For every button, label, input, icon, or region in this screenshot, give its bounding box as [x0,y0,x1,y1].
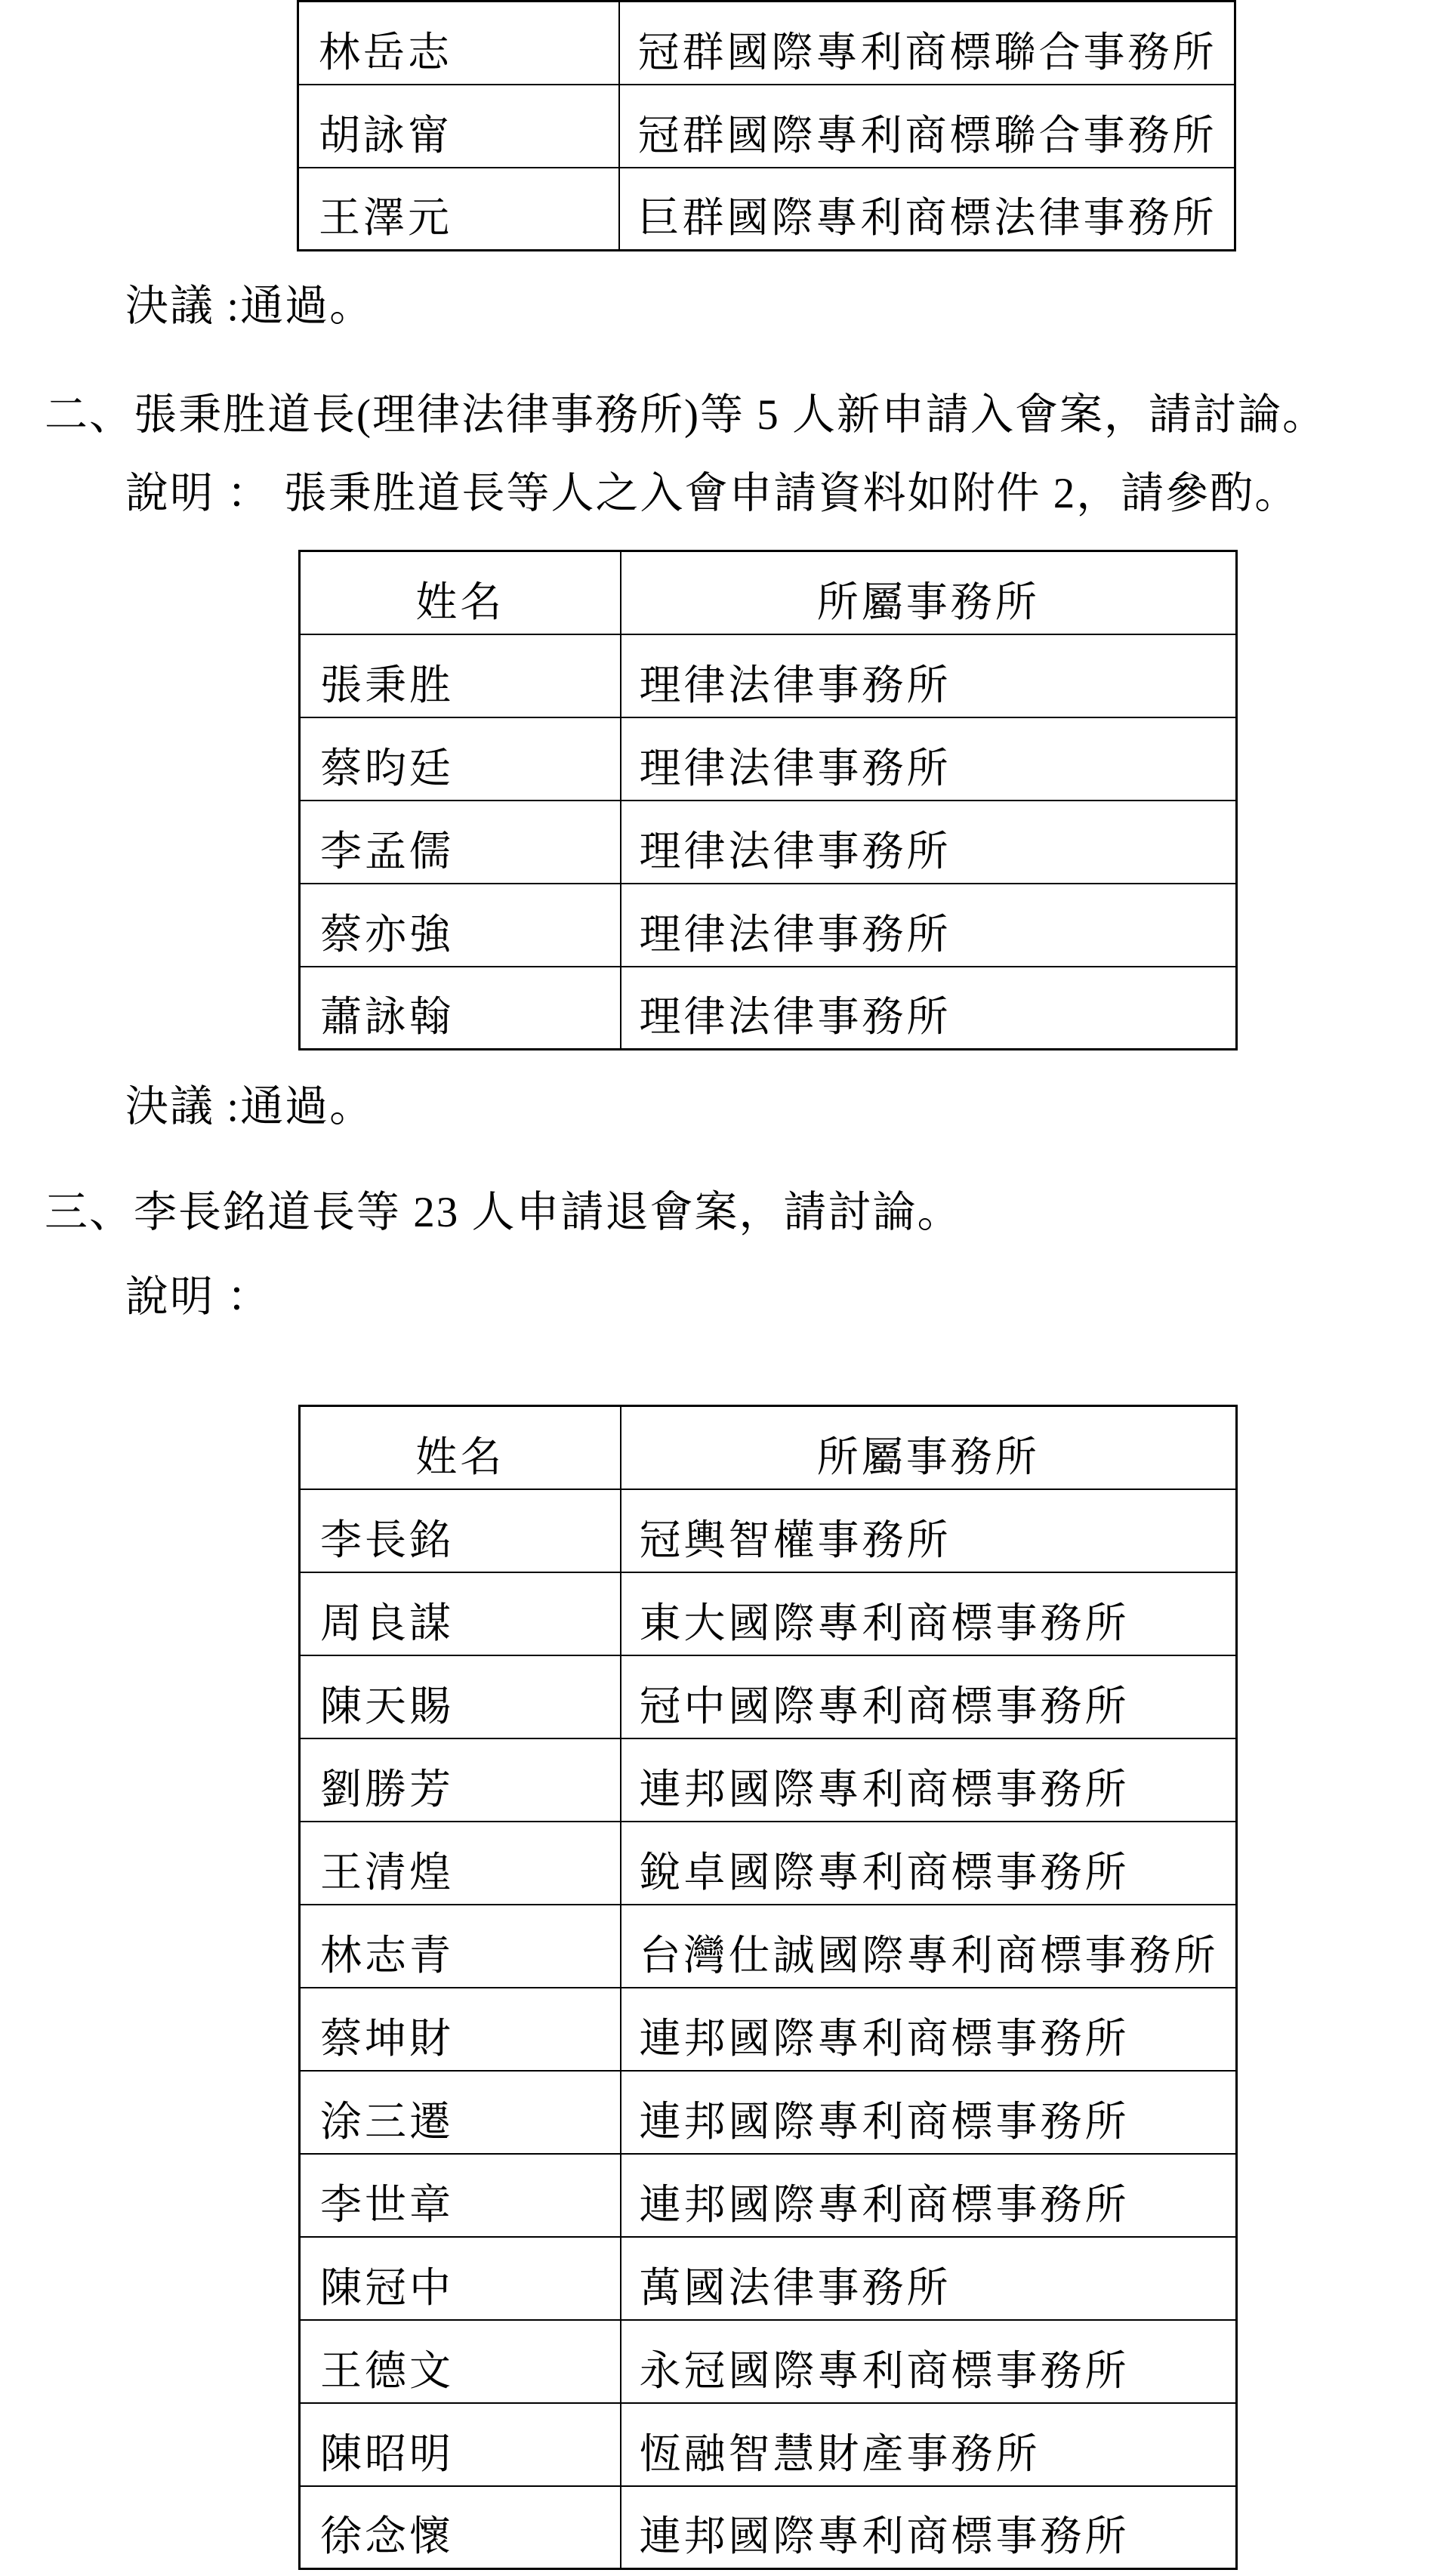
agenda-item-2-description: 說明 ： 張秉胜道長等人之入會申請資料如附件 2，請參酌。 [125,470,1299,518]
name-column-header: 姓名 [300,551,621,634]
withdrawal-table-3-body: 李長銘 冠輿智權事務所 周良謀 東大國際專利商標事務所 陳天賜 冠中國際專利商標… [300,1489,1237,2569]
table-row: 蔡坤財 連邦國際專利商標事務所 [300,1988,1237,2071]
agenda-item-3-text: 李長銘道長等 23 人申請退會案，請討論。 [134,1189,962,1236]
member-name-cell: 林岳志 [298,2,619,85]
member-name-cell: 蔡亦強 [300,884,621,967]
firm-column-header: 所屬事務所 [621,551,1237,634]
agenda-item-2-text: 張秉胜道長(理律法律事務所)等 5 人新申請入會案，請討論。 [134,391,1327,439]
member-name-cell: 陳天賜 [300,1655,621,1738]
member-firm-cell: 連邦國際專利商標事務所 [621,2071,1237,2154]
member-name-cell: 陳冠中 [300,2237,621,2320]
new-applicant-table-2-body: 張秉胜 理律法律事務所 蔡昀廷 理律法律事務所 李孟儒 理律法律事務所 蔡亦強 … [300,634,1237,1050]
table-row: 張秉胜 理律法律事務所 [300,634,1237,717]
member-name-cell: 李世章 [300,2154,621,2237]
member-name-cell: 張秉胜 [300,634,621,717]
new-member-table-1: 林岳志 冠群國際專利商標聯合事務所 胡詠甯 冠群國際專利商標聯合事務所 王澤元 … [297,0,1236,251]
member-firm-cell: 連邦國際專利商標事務所 [621,2486,1237,2569]
table-row: 涂三遷 連邦國際專利商標事務所 [300,2071,1237,2154]
member-name-cell: 周良謀 [300,1572,621,1655]
member-firm-cell: 理律法律事務所 [621,967,1237,1050]
member-name-cell: 李孟儒 [300,801,621,884]
member-firm-cell: 台灣仕誠國際專利商標事務所 [621,1905,1237,1988]
table-row: 王澤元 巨群國際專利商標法律事務所 [298,168,1235,251]
member-name-cell: 李長銘 [300,1489,621,1572]
member-name-cell: 王德文 [300,2320,621,2403]
table-row: 林志青 台灣仕誠國際專利商標事務所 [300,1905,1237,1988]
table-row: 陳冠中 萬國法律事務所 [300,2237,1237,2320]
member-firm-cell: 理律法律事務所 [621,801,1237,884]
withdrawal-table-3-head: 姓名 所屬事務所 [300,1406,1237,1489]
table-header-row: 姓名 所屬事務所 [300,551,1237,634]
resolution-line-2: 決議 :通過。 [125,1083,374,1131]
table-row: 周良謀 東大國際專利商標事務所 [300,1572,1237,1655]
table-row: 李長銘 冠輿智權事務所 [300,1489,1237,1572]
table-row: 胡詠甯 冠群國際專利商標聯合事務所 [298,85,1235,168]
agenda-item-2-title: 二、張秉胜道長(理律法律事務所)等 5 人新申請入會案，請討論。 [45,391,1327,440]
table-row: 蔡昀廷 理律法律事務所 [300,717,1237,801]
member-firm-cell: 巨群國際專利商標法律事務所 [619,168,1235,251]
member-firm-cell: 理律法律事務所 [621,634,1237,717]
table-header-row: 姓名 所屬事務所 [300,1406,1237,1489]
member-name-cell: 蔡坤財 [300,1988,621,2071]
withdrawal-member-table-3: 姓名 所屬事務所 李長銘 冠輿智權事務所 周良謀 東大國際專利商標事務所 陳天賜… [298,1405,1238,2570]
new-applicant-table-2: 姓名 所屬事務所 張秉胜 理律法律事務所 蔡昀廷 理律法律事務所 李孟儒 理律法… [298,550,1238,1050]
meeting-minutes-page: 林岳志 冠群國際專利商標聯合事務所 胡詠甯 冠群國際專利商標聯合事務所 王澤元 … [0,0,1431,2576]
member-name-cell: 劉勝芳 [300,1738,621,1822]
table-row: 陳天賜 冠中國際專利商標事務所 [300,1655,1237,1738]
new-member-table-1-body: 林岳志 冠群國際專利商標聯合事務所 胡詠甯 冠群國際專利商標聯合事務所 王澤元 … [298,2,1235,251]
member-firm-cell: 銳卓國際專利商標事務所 [621,1822,1237,1905]
table-row: 蕭詠翰 理律法律事務所 [300,967,1237,1050]
member-firm-cell: 萬國法律事務所 [621,2237,1237,2320]
member-firm-cell: 理律法律事務所 [621,717,1237,801]
member-firm-cell: 理律法律事務所 [621,884,1237,967]
member-firm-cell: 冠中國際專利商標事務所 [621,1655,1237,1738]
member-name-cell: 王澤元 [298,168,619,251]
member-name-cell: 胡詠甯 [298,85,619,168]
member-firm-cell: 冠輿智權事務所 [621,1489,1237,1572]
member-firm-cell: 連邦國際專利商標事務所 [621,2154,1237,2237]
member-name-cell: 林志青 [300,1905,621,1988]
member-firm-cell: 冠群國際專利商標聯合事務所 [619,85,1235,168]
name-column-header: 姓名 [300,1406,621,1489]
table-row: 徐念懷 連邦國際專利商標事務所 [300,2486,1237,2569]
member-name-cell: 涂三遷 [300,2071,621,2154]
member-firm-cell: 恆融智慧財產事務所 [621,2403,1237,2486]
agenda-item-3-title: 三、李長銘道長等 23 人申請退會案，請討論。 [45,1189,962,1237]
member-name-cell: 蔡昀廷 [300,717,621,801]
table-row: 王德文 永冠國際專利商標事務所 [300,2320,1237,2403]
agenda-item-3-description: 說明 ： [125,1273,271,1322]
member-name-cell: 徐念懷 [300,2486,621,2569]
table-row: 陳昭明 恆融智慧財產事務所 [300,2403,1237,2486]
table-row: 劉勝芳 連邦國際專利商標事務所 [300,1738,1237,1822]
member-name-cell: 蕭詠翰 [300,967,621,1050]
member-firm-cell: 連邦國際專利商標事務所 [621,1988,1237,2071]
member-name-cell: 陳昭明 [300,2403,621,2486]
table-row: 林岳志 冠群國際專利商標聯合事務所 [298,2,1235,85]
member-firm-cell: 冠群國際專利商標聯合事務所 [619,2,1235,85]
new-applicant-table-2-head: 姓名 所屬事務所 [300,551,1237,634]
member-firm-cell: 永冠國際專利商標事務所 [621,2320,1237,2403]
agenda-item-3-number: 三、 [45,1189,134,1236]
member-name-cell: 王清煌 [300,1822,621,1905]
table-row: 李孟儒 理律法律事務所 [300,801,1237,884]
member-firm-cell: 東大國際專利商標事務所 [621,1572,1237,1655]
table-row: 王清煌 銳卓國際專利商標事務所 [300,1822,1237,1905]
agenda-item-2-number: 二、 [45,391,134,439]
table-row: 蔡亦強 理律法律事務所 [300,884,1237,967]
resolution-line-1: 決議 :通過。 [125,282,374,331]
table-row: 李世章 連邦國際專利商標事務所 [300,2154,1237,2237]
member-firm-cell: 連邦國際專利商標事務所 [621,1738,1237,1822]
firm-column-header: 所屬事務所 [621,1406,1237,1489]
